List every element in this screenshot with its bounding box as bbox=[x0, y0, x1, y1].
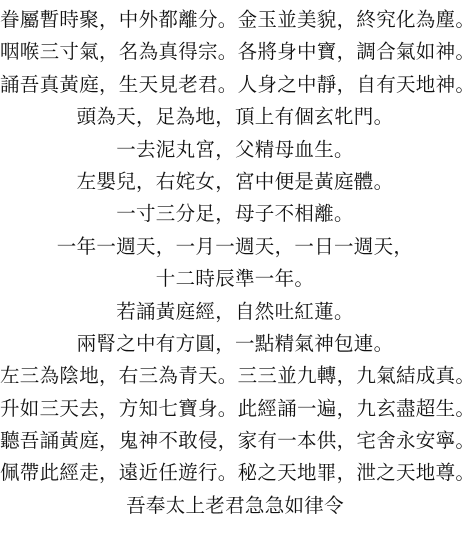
text-line: 誦吾真黃庭，生天見老君。人身之中靜，自有天地神。 bbox=[0, 69, 470, 101]
text-line: 眷屬暫時聚，中外都離分。金玉並美貌，終究化為塵。 bbox=[0, 4, 470, 36]
text-line: 若誦黃庭經，自然吐紅蓮。 bbox=[0, 296, 470, 328]
text-line: 一寸三分足，母子不相離。 bbox=[0, 198, 470, 230]
text-line: 頭為天，足為地，頂上有個玄牝門。 bbox=[0, 101, 470, 133]
text-line: 一年一週天，一月一週天，一日一週天， bbox=[0, 231, 470, 263]
text-line: 十二時辰準一年。 bbox=[0, 263, 470, 295]
text-line: 升如三天去，方知七寶身。此經誦一遍，九玄盡超生。 bbox=[0, 393, 470, 425]
scripture-text: 眷屬暫時聚，中外都離分。金玉並美貌，終究化為塵。 咽喉三寸氣，名為真得宗。各將身… bbox=[0, 0, 470, 522]
text-line: 兩腎之中有方圓，一點精氣神包連。 bbox=[0, 328, 470, 360]
closing-incantation: 吾奉太上老君急急如律令 bbox=[0, 490, 470, 522]
text-line: 左嬰兒，右姹女，宮中便是黃庭體。 bbox=[0, 166, 470, 198]
text-line: 咽喉三寸氣，名為真得宗。各將身中寶，調合氣如神。 bbox=[0, 36, 470, 68]
text-line: 佩帶此經走，遠近任遊行。秘之天地罪，泄之天地尊。 bbox=[0, 457, 470, 489]
text-line: 一去泥丸宮，父精母血生。 bbox=[0, 134, 470, 166]
text-line: 聽吾誦黃庭，鬼神不敢侵，家有一本供，宅舍永安寧。 bbox=[0, 425, 470, 457]
text-line: 左三為陰地，右三為青天。三三並九轉，九氣結成真。 bbox=[0, 360, 470, 392]
